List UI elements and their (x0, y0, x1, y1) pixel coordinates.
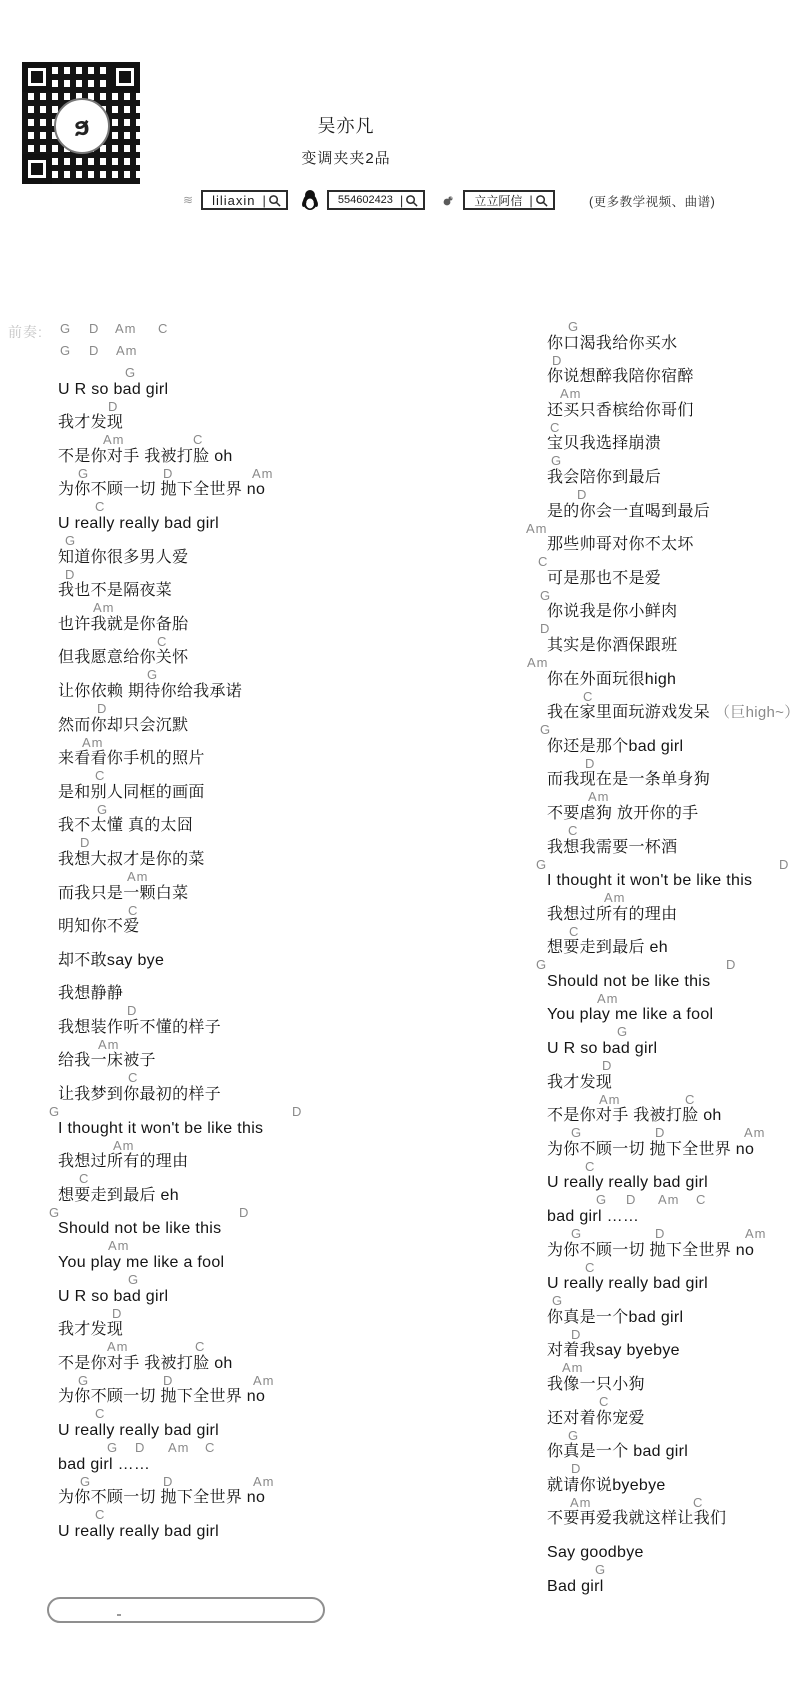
lyric-text: 不是你对手 我被打脸 oh (58, 1355, 233, 1373)
lyric-line: 我想静静 (58, 971, 368, 1005)
chord-label: Am (744, 1126, 766, 1140)
chord-label: Am (604, 891, 626, 905)
lyric-text: 是和别人同框的画面 (58, 784, 205, 802)
lyric-line: G我会陪你到最后 (547, 454, 800, 488)
chord-label: G (80, 1475, 91, 1489)
lyric-line: Am给我一床被子 (58, 1038, 368, 1072)
lyric-line: D我想大叔才是你的菜 (58, 836, 368, 870)
lyric-line: AmYou play me like a fool (547, 992, 800, 1026)
divider: | (529, 193, 532, 208)
chord-label: C (95, 500, 105, 514)
lyric-text: U really really bad girl (547, 1174, 708, 1192)
lyric-text: 宝贝我选择崩溃 (547, 435, 661, 453)
chord-label: Am (113, 1139, 135, 1153)
lyric-line: Am你在外面玩很high (547, 656, 800, 690)
lyric-line: D是的你会一直喝到最后 (547, 488, 800, 522)
lyric-text: 我想静静 (58, 985, 123, 1003)
lyric-line: AmC不是你对手 我被打脸 oh (58, 1340, 368, 1374)
lyric-text: 却不敢say bye (58, 952, 164, 970)
chord-label: C (585, 1160, 595, 1174)
lyric-text: 让你依赖 期待你给我承诺 (58, 683, 242, 701)
chord-label: G (536, 858, 547, 872)
lyric-line: D我才发现 (58, 1307, 368, 1341)
chord-label: D (571, 1462, 581, 1476)
lyric-text: Should not be like this (58, 1220, 221, 1238)
lyric-line: Am不要虐狗 放开你的手 (547, 790, 800, 824)
lyric-line: C宝贝我选择崩溃 (547, 421, 800, 455)
divider: | (262, 193, 265, 208)
lyric-text: 可是那也不是爱 (547, 570, 661, 588)
lyric-text: U really really bad girl (58, 1422, 219, 1440)
lyric-text: 我想装作听不懂的样子 (58, 1019, 221, 1037)
chord-label: Am (562, 1361, 584, 1375)
chord-label: G (617, 1025, 628, 1039)
search-box-qq: 554602423 | (327, 190, 425, 210)
chord-label: D (540, 622, 550, 636)
bird-icon (441, 193, 455, 207)
lyric-text: 我想大叔才是你的菜 (58, 851, 205, 869)
lyric-text: 我不太懂 真的太囧 (58, 817, 193, 835)
lyric-line: D然而你却只会沉默 (58, 702, 368, 736)
lyric-line: Am而我只是一颗白菜 (58, 870, 368, 904)
lyric-text: 我像一只小狗 (547, 1376, 645, 1394)
chord-label: C (599, 1395, 609, 1409)
chord-label: D (626, 1193, 636, 1207)
weibo-icon: ≋ (183, 194, 193, 206)
lyric-line: Say goodbye (547, 1529, 800, 1563)
chord-label: Am (108, 1239, 130, 1253)
chord-label: Am (570, 1496, 592, 1510)
search-value: 554602423 (338, 194, 393, 206)
lyric-line: GDShould not be like this (58, 1206, 368, 1240)
lyric-text: 而我现在是一条单身狗 (547, 771, 710, 789)
lyric-text: 你口渴我给你买水 (547, 335, 677, 353)
chord-label: C (538, 555, 548, 569)
lyric-text: 是的你会一直喝到最后 (547, 503, 710, 521)
chord-label: G (540, 723, 551, 737)
chord-label: Am (253, 1475, 275, 1489)
chord-label: G (60, 322, 71, 336)
chord-label: C (569, 925, 579, 939)
chord-label: C (195, 1340, 205, 1354)
search-box-wechat: 立立阿信 | (463, 190, 554, 210)
search-box-weibo: liliaxin | (201, 190, 288, 210)
lyric-text: 不是你对手 我被打脸 oh (547, 1107, 722, 1125)
lyric-line: G你口渴我给你买水 (547, 320, 800, 354)
chord-label: D (552, 354, 562, 368)
lyric-line: CU really really bad girl (547, 1261, 800, 1295)
chord-label: G (125, 366, 136, 380)
chord-label: G (536, 958, 547, 972)
lyric-line: CU really really bad girl (547, 1160, 800, 1194)
chord-label: Am (560, 387, 582, 401)
lyric-line: C我想我需要一杯酒 (547, 824, 800, 858)
chord-label: C (95, 1407, 105, 1421)
lyric-text: Bad girl (547, 1578, 604, 1596)
lyric-line: Am那些帅哥对你不太坏 (547, 522, 800, 556)
lyric-line: G我不太懂 真的太囧 (58, 803, 368, 837)
chord-label: C (95, 769, 105, 783)
chord-label: D (80, 836, 90, 850)
lyric-text: bad girl …… (58, 1456, 150, 1474)
lyric-line: G你真是一个bad girl (547, 1294, 800, 1328)
chord-label: C (568, 824, 578, 838)
lyric-text: U R so bad girl (58, 1288, 168, 1306)
lyric-text: U R so bad girl (58, 381, 168, 399)
lyric-text: 为你不顾一切 抛下全世界 no (58, 1388, 265, 1406)
chord-label: G (568, 320, 579, 334)
chord-label: D (571, 1328, 581, 1342)
footer-mark (117, 1614, 121, 1616)
chord-label: G (107, 1441, 118, 1455)
lyric-text: 你真是一个bad girl (547, 1309, 683, 1327)
lyric-line: Am我像一只小狗 (547, 1361, 800, 1395)
lyric-text: I thought it won't be like this (58, 1120, 263, 1138)
chord-label: Am (253, 1374, 275, 1388)
chord-label: D (726, 958, 736, 972)
lyric-line: GDAmCbad girl …… (58, 1441, 368, 1475)
lyric-line: AmC不要再爱我就这样让我们 (547, 1496, 800, 1530)
lyric-text: Say goodbye (547, 1544, 644, 1562)
chord-label: Am (588, 790, 610, 804)
chord-label: G (49, 1206, 60, 1220)
lyric-line: C想要走到最后 eh (547, 925, 800, 959)
lyric-line: CU really really bad girl (58, 500, 368, 534)
chord-label: G (540, 589, 551, 603)
chord-label: D (163, 1475, 173, 1489)
chord-label: D (108, 400, 118, 414)
lyric-line: Am也许我就是你备胎 (58, 601, 368, 635)
lyric-line: GDI thought it won't be like this (547, 858, 800, 892)
lyric-text: 我想我需要一杯酒 (547, 839, 677, 857)
lyric-text: 我才发现 (547, 1074, 612, 1092)
chord-label: Am (599, 1093, 621, 1107)
lyric-line: C让我梦到你最初的样子 (58, 1071, 368, 1105)
divider: | (400, 193, 403, 208)
chord-label: G (552, 1294, 563, 1308)
lyric-text: 不要虐狗 放开你的手 (547, 805, 698, 823)
lyric-text: 对着我say byebye (547, 1342, 680, 1360)
header: 吴亦凡 变调夹夹2品 (0, 112, 692, 168)
lyric-line: GDShould not be like this (547, 958, 800, 992)
chord-label: D (112, 1307, 122, 1321)
qr-finder-icon (22, 62, 52, 92)
chord-label: Am (658, 1193, 680, 1207)
chord-label: G (595, 1563, 606, 1577)
lyric-line: D我想装作听不懂的样子 (58, 1004, 368, 1038)
chord-label: Am (127, 870, 149, 884)
lyric-line: G让你依赖 期待你给我承诺 (58, 668, 368, 702)
lyric-line: D就请你说byebye (547, 1462, 800, 1496)
lyric-text: 给我一床被子 (58, 1052, 156, 1070)
lyric-line: GDAm为你不顾一切 抛下全世界 no (547, 1227, 800, 1261)
lyric-line: GDI thought it won't be like this (58, 1105, 368, 1139)
lyric-text: 你说想醉我陪你宿醉 (547, 368, 694, 386)
magnifier-icon (405, 194, 418, 207)
chord-label: G (596, 1193, 607, 1207)
chord-label: Am (252, 467, 274, 481)
lyric-line: GDAm为你不顾一切 抛下全世界 no (58, 1475, 368, 1509)
intro-row-1: GDAmC (8, 320, 268, 340)
lyrics-column-left: GU R so bad girlD我才发现AmC不是你对手 我被打脸 ohGDA… (58, 366, 368, 1542)
chord-label: D (655, 1227, 665, 1241)
lyric-text: 想要走到最后 eh (547, 939, 668, 957)
chord-label: G (49, 1105, 60, 1119)
magnifier-icon (268, 194, 281, 207)
lyric-line: D我才发现 (547, 1059, 800, 1093)
chord-label: G (60, 344, 71, 358)
lyric-text: 不是你对手 我被打脸 oh (58, 448, 233, 466)
chord-label: D (602, 1059, 612, 1073)
capo-subtitle: 变调夹夹2品 (0, 147, 692, 168)
lyric-text: 还买只香槟给你哥们 (547, 402, 694, 420)
chord-label: C (550, 421, 560, 435)
chord-label: D (163, 467, 173, 481)
lyric-text: 为你不顾一切 抛下全世界 no (547, 1242, 754, 1260)
chord-label: C (585, 1261, 595, 1275)
chord-label: C (193, 433, 203, 447)
lyric-text: 不要再爱我就这样让我们 (547, 1510, 726, 1528)
lyric-line: 却不敢say bye (58, 937, 368, 971)
lyric-text: You play me like a fool (58, 1254, 224, 1272)
lyric-line: C是和别人同框的画面 (58, 769, 368, 803)
lyric-line: GDAm为你不顾一切 抛下全世界 no (58, 1374, 368, 1408)
lyric-line: D对着我say byebye (547, 1328, 800, 1362)
lyric-text: 知道你很多男人爱 (58, 549, 188, 567)
chord-label: D (292, 1105, 302, 1119)
lyric-line: D你说想醉我陪你宿醉 (547, 354, 800, 388)
chord-label: D (89, 344, 99, 358)
lyric-line: AmYou play me like a fool (58, 1239, 368, 1273)
chord-label: D (97, 702, 107, 716)
chord-label: Am (116, 344, 138, 358)
chord-label: C (205, 1441, 215, 1455)
lyric-text: bad girl …… (547, 1208, 639, 1226)
footer-box (47, 1597, 325, 1623)
lyric-line: GDAm为你不顾一切 抛下全世界 no (547, 1126, 800, 1160)
lyric-line: D其实是你酒保跟班 (547, 622, 800, 656)
lyric-line: Am还买只香槟给你哥们 (547, 387, 800, 421)
intro-row-2: GDAm (8, 342, 268, 362)
chord-label: G (571, 1227, 582, 1241)
lyric-text: 来看看你手机的照片 (58, 750, 205, 768)
chord-label: Am (93, 601, 115, 615)
contact-row: ≋ liliaxin | 554602423 | 立立阿信 | (183, 189, 555, 211)
chord-label: D (655, 1126, 665, 1140)
chord-label: D (135, 1441, 145, 1455)
lyric-text: 我想过所有的理由 (547, 906, 677, 924)
lyric-line: G你真是一个 bad girl (547, 1429, 800, 1463)
lyric-text: 但我愿意给你关怀 (58, 649, 188, 667)
chord-label: Am (745, 1227, 767, 1241)
chord-label: Am (527, 656, 549, 670)
chord-label: G (128, 1273, 139, 1287)
lyric-text: I thought it won't be like this (547, 872, 752, 890)
chord-label: Am (526, 522, 548, 536)
lyric-line: CU really really bad girl (58, 1508, 368, 1542)
lyric-text: Should not be like this (547, 973, 710, 991)
lyric-line: C明知你不爱 (58, 904, 368, 938)
chord-label: Am (107, 1340, 129, 1354)
search-value: liliaxin (212, 193, 255, 208)
chord-label: D (163, 1374, 173, 1388)
lyric-text: 也许我就是你备胎 (58, 616, 188, 634)
chord-label: G (97, 803, 108, 817)
more-resources-note: (更多教学视频、曲谱) (589, 192, 715, 210)
lyric-text: 明知你不爱 (58, 918, 140, 936)
chord-label: C (79, 1172, 89, 1186)
lyric-line: G你还是那个bad girl (547, 723, 800, 757)
lyric-line: C我在家里面玩游戏发呆（巨high~） (547, 690, 800, 724)
search-value: 立立阿信 (474, 192, 522, 209)
magnifier-icon (535, 194, 548, 207)
lyric-text: 而我只是一颗白菜 (58, 885, 188, 903)
lyric-text: U really really bad girl (58, 515, 219, 533)
lyric-line: Am我想过所有的理由 (547, 891, 800, 925)
lyric-text: 我想过所有的理由 (58, 1153, 188, 1171)
lyric-line: Am来看看你手机的照片 (58, 736, 368, 770)
chord-label: C (693, 1496, 703, 1510)
chord-label: G (568, 1429, 579, 1443)
chord-label: Am (168, 1441, 190, 1455)
lyric-text: You play me like a fool (547, 1006, 713, 1024)
chord-label: C (128, 1071, 138, 1085)
lyric-line: GDAmCbad girl …… (547, 1193, 800, 1227)
lyric-text: 为你不顾一切 抛下全世界 no (58, 1489, 265, 1507)
lyric-text: 我会陪你到最后 (547, 469, 661, 487)
lyric-text: U R so bad girl (547, 1040, 657, 1058)
chord-label: G (65, 534, 76, 548)
lyric-line: GU R so bad girl (58, 1273, 368, 1307)
chord-label: C (158, 322, 168, 336)
lyric-line: GBad girl (547, 1563, 800, 1597)
lyric-line: D我才发现 (58, 400, 368, 434)
lyric-text: 就请你说byebye (547, 1477, 666, 1495)
chord-label: D (577, 488, 587, 502)
lyric-line: C还对着你宠爱 (547, 1395, 800, 1429)
lyric-text: 还对着你宠爱 (547, 1410, 645, 1428)
chord-label: G (551, 454, 562, 468)
chord-label: D (89, 322, 99, 336)
chord-label: Am (115, 322, 137, 336)
lyric-text: 你还是那个bad girl (547, 738, 683, 756)
chord-label: G (78, 467, 89, 481)
chord-label: C (696, 1193, 706, 1207)
chord-label: D (65, 568, 75, 582)
lyric-text: 为你不顾一切 抛下全世界 no (58, 481, 265, 499)
lyric-text: 我才发现 (58, 414, 123, 432)
lyric-line: CU really really bad girl (58, 1407, 368, 1441)
lyric-line: GU R so bad girl (58, 366, 368, 400)
chord-label: C (128, 904, 138, 918)
lyric-text: 然而你却只会沉默 (58, 717, 188, 735)
lyric-line: GDAm为你不顾一切 抛下全世界 no (58, 467, 368, 501)
intro-section: 前奏: GDAmC GDAm (8, 320, 268, 368)
qq-penguin-icon (301, 189, 319, 211)
lyric-text: U really really bad girl (547, 1275, 708, 1293)
lyric-text: 你在外面玩很high (547, 671, 676, 689)
lyric-text: 你说我是你小鲜肉 (547, 603, 677, 621)
chord-sheet-page: ϧ 吴亦凡 变调夹夹2品 ≋ liliaxin | 554602423 | (0, 0, 800, 1688)
lyric-text: 让我梦到你最初的样子 (58, 1086, 221, 1104)
lyric-line: AmC不是你对手 我被打脸 oh (58, 433, 368, 467)
chord-label: G (78, 1374, 89, 1388)
lyric-line: D而我现在是一条单身狗 (547, 757, 800, 791)
chord-label: Am (98, 1038, 120, 1052)
lyric-line: C可是那也不是爱 (547, 555, 800, 589)
lyric-line: G你说我是你小鲜肉 (547, 589, 800, 623)
chord-label: D (585, 757, 595, 771)
chord-label: C (95, 1508, 105, 1522)
chord-label: Am (597, 992, 619, 1006)
chord-label: Am (103, 433, 125, 447)
lyric-text: 我也不是隔夜菜 (58, 582, 172, 600)
lyric-text: 我才发现 (58, 1321, 123, 1339)
lyric-text: 想要走到最后 eh (58, 1187, 179, 1205)
chord-label: D (239, 1206, 249, 1220)
chord-label: Am (82, 736, 104, 750)
qr-finder-icon (110, 62, 140, 92)
lyric-text: 为你不顾一切 抛下全世界 no (547, 1141, 754, 1159)
lyric-line: AmC不是你对手 我被打脸 oh (547, 1093, 800, 1127)
lyric-line: D我也不是隔夜菜 (58, 568, 368, 602)
lyric-text: 其实是你酒保跟班 (547, 637, 677, 655)
lyric-line: G知道你很多男人爱 (58, 534, 368, 568)
chord-label: C (685, 1093, 695, 1107)
lyric-note: （巨high~） (715, 704, 800, 721)
chord-label: G (571, 1126, 582, 1140)
chord-label: D (127, 1004, 137, 1018)
chord-label: C (157, 635, 167, 649)
lyric-text: 你真是一个 bad girl (547, 1443, 688, 1461)
lyric-text: 那些帅哥对你不太坏 (547, 536, 694, 554)
lyrics-column-right: G你口渴我给你买水D你说想醉我陪你宿醉Am还买只香槟给你哥们C宝贝我选择崩溃G我… (547, 320, 800, 1597)
lyric-line: Am我想过所有的理由 (58, 1139, 368, 1173)
lyric-text: U really really bad girl (58, 1523, 219, 1541)
lyric-line: C但我愿意给你关怀 (58, 635, 368, 669)
page-title: 吴亦凡 (0, 112, 692, 138)
chord-label: G (147, 668, 158, 682)
lyric-line: C想要走到最后 eh (58, 1172, 368, 1206)
lyric-text: 我在家里面玩游戏发呆（巨high~） (547, 704, 800, 722)
lyric-line: GU R so bad girl (547, 1025, 800, 1059)
chord-label: C (583, 690, 593, 704)
chord-label: D (779, 858, 789, 872)
